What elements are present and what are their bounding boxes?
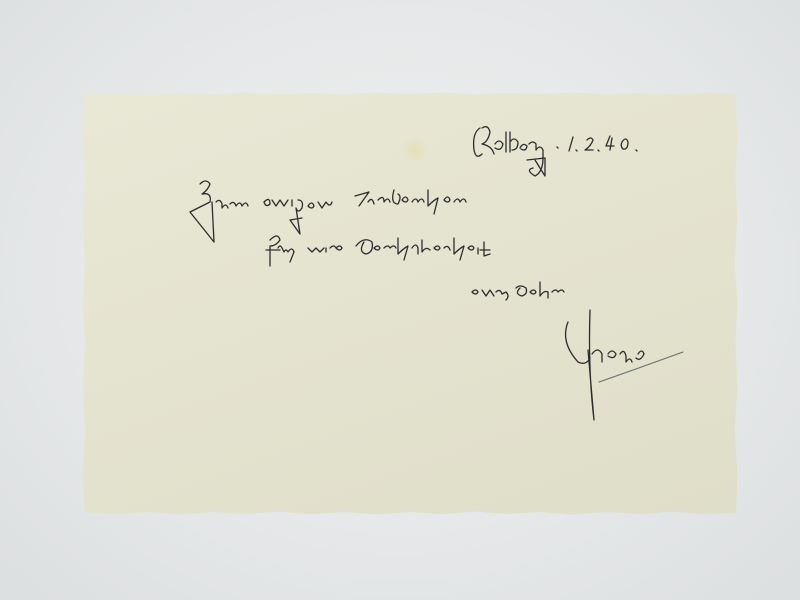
signature-script xyxy=(566,310,683,420)
line3-script xyxy=(472,282,564,300)
place-date: Kolberg · 1. 2. 40. xyxy=(82,92,83,93)
handwriting-ink xyxy=(82,92,738,515)
postcard: Kolberg · 1. 2. 40. Zum ewigen Andenken … xyxy=(82,92,738,515)
place-date-script xyxy=(474,127,637,176)
handwriting-transcript: Kolberg · 1. 2. 40. Zum ewigen Andenken … xyxy=(82,92,83,93)
line1-script xyxy=(190,181,466,242)
line2-script xyxy=(266,236,490,266)
